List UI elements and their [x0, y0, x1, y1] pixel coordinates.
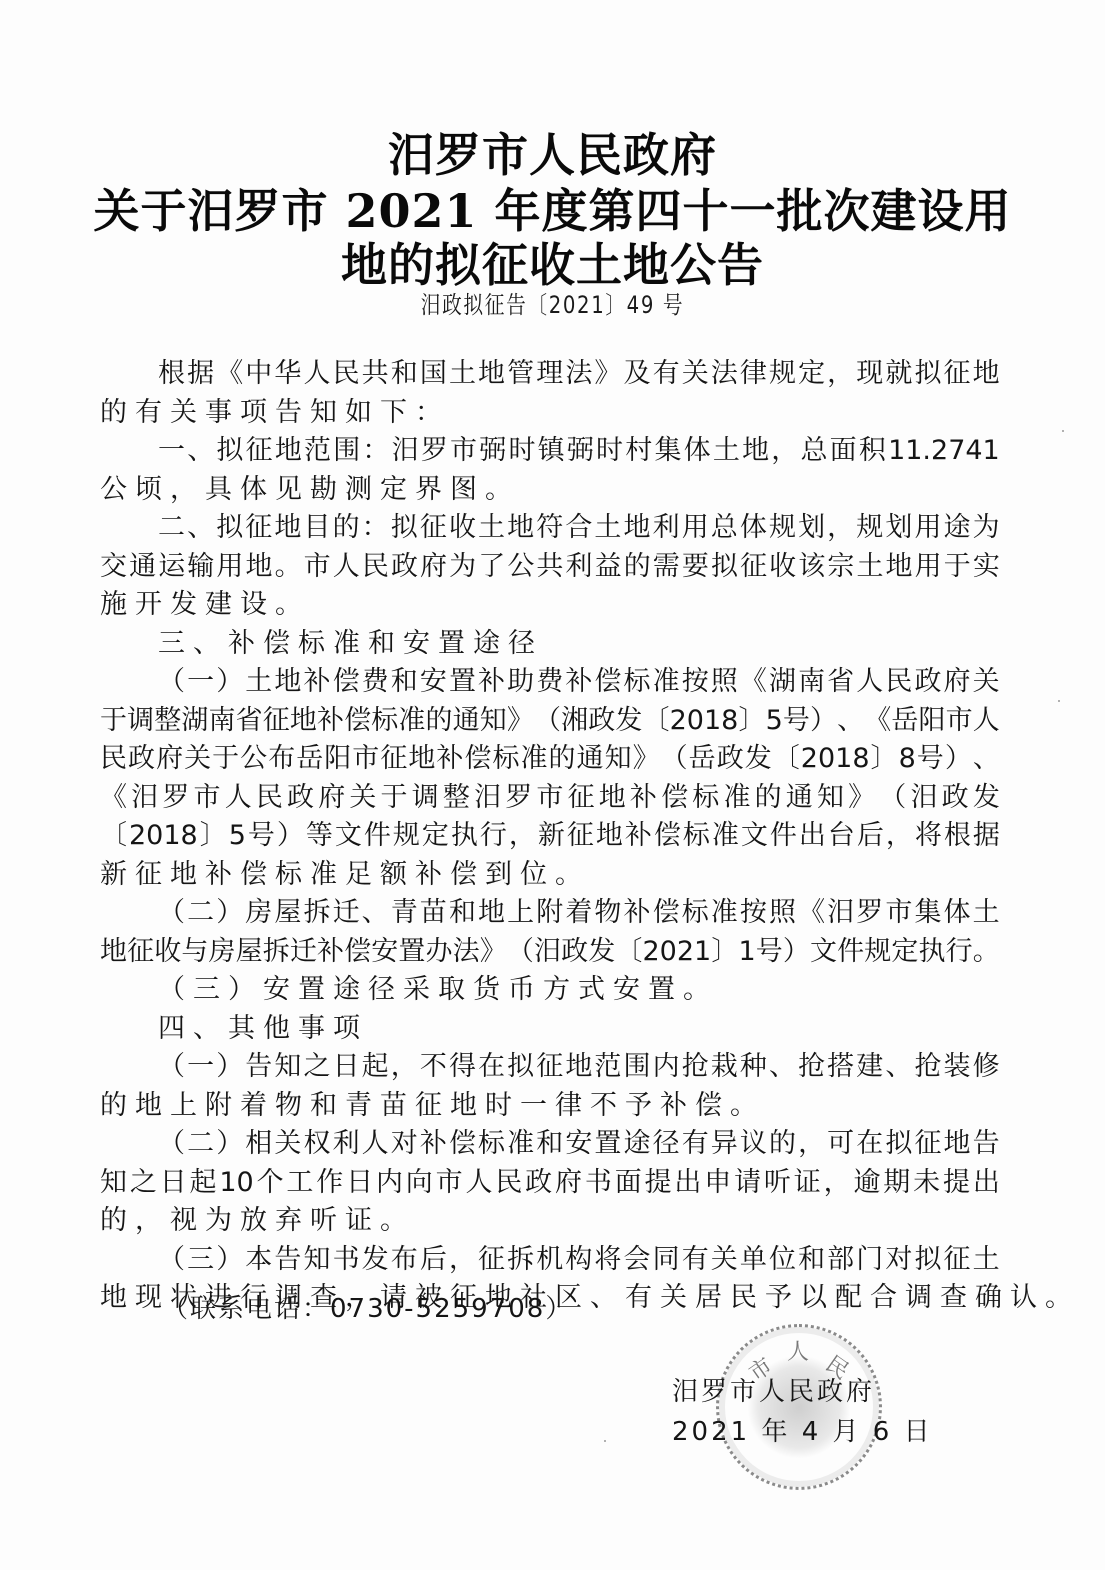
body-line: （三）本告知书发布后，征拆机构将会同有关单位和部门对拟征土: [100, 1241, 1000, 1280]
title-issuer: 汨罗市人民政府: [0, 128, 1105, 182]
body-line: 三、补偿标准和安置途径: [100, 625, 1000, 664]
body-line: 一、拟征地范围：汨罗市弼时镇弼时村集体土地，总面积11.2741: [100, 432, 1000, 471]
document-page: 汨罗市人民政府 关于汨罗市 2021 年度第四十一批次建设用 地的拟征收土地公告…: [0, 0, 1105, 1570]
document-body: 根据《中华人民共和国土地管理法》及有关法律规定，现就拟征地的有关事项告知如下：一…: [100, 355, 1000, 1318]
body-line: 交通运输用地。市人民政府为了公共利益的需要拟征收该宗土地用于实: [100, 548, 1000, 587]
body-line: （三）安置途径采取货币方式安置。: [100, 971, 1000, 1010]
seal-arc-char: 人: [787, 1335, 809, 1366]
title-subject-line-2: 地的拟征收土地公告: [0, 238, 1105, 292]
body-line: 地征收与房屋拆迁补偿安置办法》（汨政发〔2021〕1号）文件规定执行。: [100, 933, 1000, 972]
contact-phone: （联系电话：0730-5259708）: [162, 1292, 573, 1326]
body-line: （二）房屋拆迁、青苗和地上附着物补偿标准按照《汨罗市集体土: [100, 894, 1000, 933]
body-line: 根据《中华人民共和国土地管理法》及有关法律规定，现就拟征地: [100, 355, 1000, 394]
body-line: 施开发建设。: [100, 586, 1000, 625]
body-line: 〔2018〕5号）等文件规定执行，新征地补偿标准文件出台后，将根据: [100, 817, 1000, 856]
body-line: 的地上附着物和青苗征地时一律不予补偿。: [100, 1087, 1000, 1126]
body-line: 四、其他事项: [100, 1010, 1000, 1049]
body-line: 二、拟征地目的：拟征收土地符合土地利用总体规划，规划用途为: [100, 509, 1000, 548]
body-line: 《汨罗市人民政府关于调整汨罗市征地补偿标准的通知》（汨政发: [100, 779, 1000, 818]
body-line: 知之日起10个工作日内向市人民政府书面提出申请听证，逾期未提出: [100, 1164, 1000, 1203]
body-line: 新征地补偿标准足额补偿到位。: [100, 856, 1000, 895]
document-number: 汨政拟征告〔2021〕49 号: [99, 290, 1005, 320]
body-line: 于调整湖南省征地补偿标准的通知》（湘政发〔2018〕5号）、《岳阳市人: [100, 702, 1000, 741]
signature-date: 2021 年 4 月 6 日: [672, 1412, 933, 1452]
body-line: 的有关事项告知如下：: [100, 394, 1000, 433]
body-line: （一）告知之日起，不得在拟征地范围内抢栽种、抢搭建、抢装修: [100, 1048, 1000, 1087]
scan-speck: [604, 1440, 606, 1442]
signature-block: 汨罗市人民政府 2021 年 4 月 6 日: [672, 1372, 933, 1452]
body-line: （二）相关权利人对补偿标准和安置途径有异议的，可在拟征地告: [100, 1125, 1000, 1164]
scan-speck: [1062, 430, 1064, 432]
scan-speck: [1058, 700, 1060, 702]
body-line: 公顷，具体见勘测定界图。: [100, 471, 1000, 510]
body-line: 民政府关于公布岳阳市征地补偿标准的通知》（岳政发〔2018〕8号）、: [100, 740, 1000, 779]
body-line: （一）土地补偿费和安置补助费补偿标准按照《湖南省人民政府关: [100, 663, 1000, 702]
body-line: 的，视为放弃听证。: [100, 1202, 1000, 1241]
signature-issuer: 汨罗市人民政府: [672, 1372, 933, 1412]
title-subject-line-1: 关于汨罗市 2021 年度第四十一批次建设用: [0, 184, 1105, 238]
